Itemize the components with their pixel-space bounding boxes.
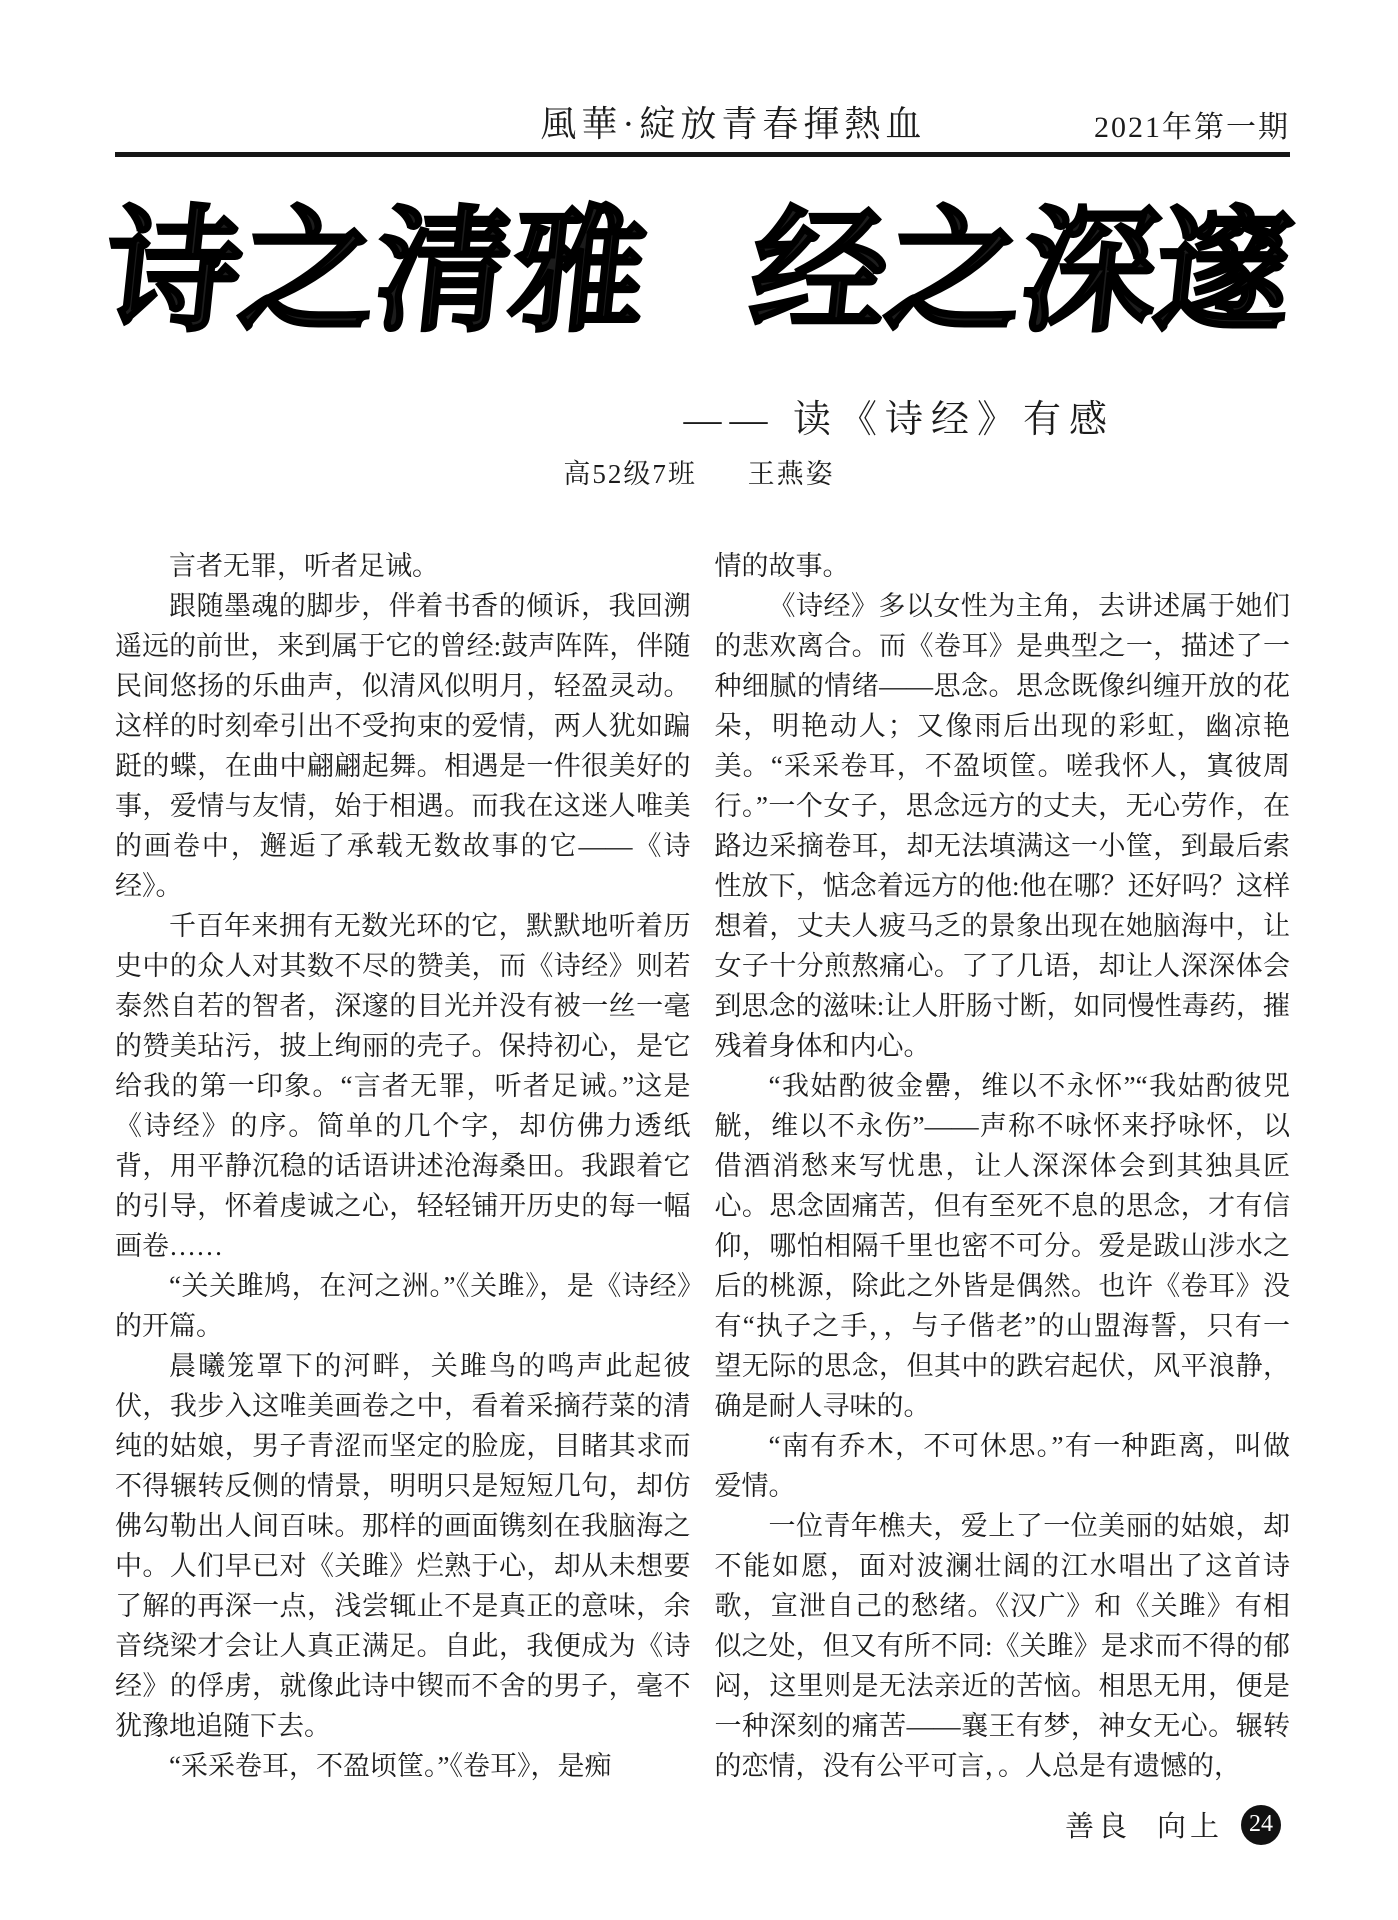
header-divider bbox=[115, 152, 1290, 157]
page-header: 風華·綻放青春揮熱血 2021年第一期 bbox=[115, 96, 1290, 144]
paragraph: 言者无罪，听者足诫。 bbox=[115, 546, 691, 586]
paragraph: 千百年来拥有无数光环的它，默默地听着历史中的众人对其数不尽的赞美，而《诗经》则若… bbox=[115, 906, 691, 1266]
paragraph: 情的故事。 bbox=[715, 546, 1291, 586]
author-class: 高52级7班 bbox=[563, 459, 697, 489]
journal-title: 風華·綻放青春揮熱血 bbox=[540, 96, 926, 147]
article-title-part-1: 诗之清雅 bbox=[98, 196, 654, 351]
paragraph: 一位青年樵夫，爱上了一位美丽的姑娘，却不能如愿，面对波澜壮阔的江水唱出了这首诗歌… bbox=[715, 1506, 1291, 1786]
paragraph: “我姑酌彼金罍，维以不永怀”“我姑酌彼兕觥，维以不永伤”——声称不咏怀来抒咏怀，… bbox=[715, 1066, 1291, 1426]
page-footer: 善良 向上 24 bbox=[1065, 1804, 1281, 1845]
paragraph: “采采卷耳，不盈顷筐。”《卷耳》，是痴 bbox=[115, 1746, 691, 1786]
paragraph: “南有乔木，不可休思。”有一种距离，叫做爱情。 bbox=[715, 1426, 1291, 1506]
page-number-badge: 24 bbox=[1241, 1805, 1281, 1845]
author-name: 王燕姿 bbox=[748, 459, 835, 489]
article-body: 言者无罪，听者足诫。 跟随墨魂的脚步，伴着书香的倾诉，我回溯遥远的前世，来到属于… bbox=[115, 546, 1290, 1786]
paragraph: 晨曦笼罩下的河畔，关雎鸟的鸣声此起彼伏，我步入这唯美画卷之中，看着采摘荇菜的清纯… bbox=[115, 1346, 691, 1746]
paragraph: “关关雎鸠，在河之洲。”《关雎》，是《诗经》的开篇。 bbox=[115, 1266, 691, 1346]
column-right: 情的故事。 《诗经》多以女性为主角，去讲述属于她们的悲欢离合。而《卷耳》是典型之… bbox=[715, 546, 1291, 1786]
footer-motto-right: 向上 bbox=[1157, 1804, 1223, 1845]
footer-motto-left: 善良 bbox=[1065, 1804, 1131, 1845]
issue-label: 2021年第一期 bbox=[1094, 102, 1290, 146]
article-title-part-2: 经之深邃 bbox=[744, 196, 1300, 351]
article-title: 诗之清雅 经之深邃 bbox=[0, 196, 1398, 351]
author-line: 高52级7班 王燕姿 bbox=[0, 452, 1398, 491]
paragraph: 跟随墨魂的脚步，伴着书香的倾诉，我回溯遥远的前世，来到属于它的曾经:鼓声阵阵，伴… bbox=[115, 586, 691, 906]
magazine-page: 風華·綻放青春揮熱血 2021年第一期 诗之清雅 经之深邃 —— 读《诗经》有感… bbox=[0, 0, 1398, 1920]
article-subtitle: —— 读《诗经》有感 bbox=[683, 388, 1115, 443]
column-left: 言者无罪，听者足诫。 跟随墨魂的脚步，伴着书香的倾诉，我回溯遥远的前世，来到属于… bbox=[115, 546, 691, 1786]
paragraph: 《诗经》多以女性为主角，去讲述属于她们的悲欢离合。而《卷耳》是典型之一，描述了一… bbox=[715, 586, 1291, 1066]
